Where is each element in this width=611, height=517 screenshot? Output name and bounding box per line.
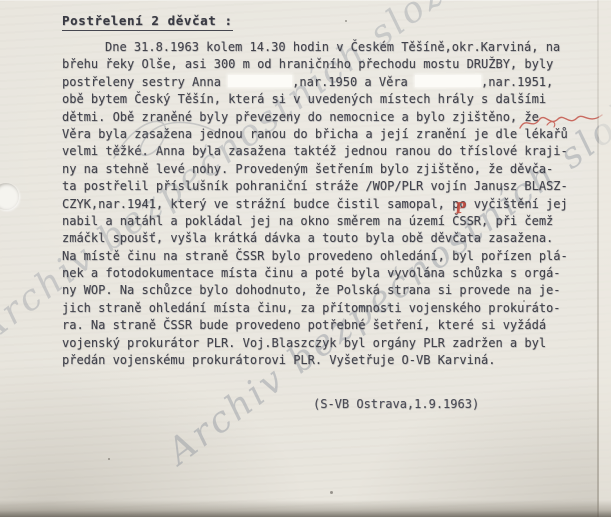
dust-speck	[108, 458, 110, 460]
document-body: Dne 31.8.1963 kolem 14.30 hodin v Českém…	[62, 39, 582, 369]
page-edge	[599, 0, 611, 517]
redaction-box	[228, 75, 292, 87]
body-line: CZYK,nar.1941, který ve strážní budce či…	[62, 196, 582, 213]
red-correction-mark: P	[454, 198, 467, 217]
dust-speck	[345, 20, 347, 22]
body-text: ,nar.1951,	[481, 75, 553, 89]
redacted-line: postřeleny sestry Anna ,nar.1950 a Věra …	[62, 74, 582, 91]
body-line: Na místě činu na straně ČSSR bylo proved…	[62, 248, 582, 265]
date-stamp: (S-VB Ostrava,1.9.1963)	[313, 397, 479, 411]
dust-speck	[330, 491, 333, 494]
page-edge-crease	[597, 0, 599, 517]
scan-edge-shadow	[0, 500, 611, 517]
body-line: zmáčkl spoušť, vyšla krátká dávka a tout…	[62, 230, 582, 247]
punch-hole	[0, 183, 19, 210]
body-line: ny WOP. Na schůzce bylo dohodnuto, že Po…	[62, 282, 582, 299]
body-line: jich straně ohledání místa činu, za přít…	[62, 300, 582, 317]
pencil-scribble	[108, 110, 223, 168]
body-line: ra. Na straně ČSSR bude provedeno potřeb…	[62, 317, 582, 334]
dust-speck	[523, 300, 525, 302]
body-text: postřeleny sestry Anna	[62, 75, 228, 89]
body-line: předán vojenskému prokurátorovi PLR. Vyš…	[62, 352, 582, 369]
body-text: ,nar.1950 a Věra	[292, 75, 415, 89]
body-line: Dne 31.8.1963 kolem 14.30 hodin v Českém…	[62, 39, 582, 56]
red-scribble-annotation	[517, 109, 605, 135]
scanned-document-page: Archiv bezpečnostních složek Archiv bezp…	[0, 0, 611, 517]
body-line: nabil a natáhl a pokládal jej na okno sm…	[62, 213, 582, 230]
body-line: břehu řeky Olše, asi 300 m od hraničního…	[62, 56, 582, 73]
body-line: obě bytem Český Těšín, která si v uveden…	[62, 91, 582, 108]
body-line: ta postřelil příslušník pohraniční stráž…	[62, 178, 582, 195]
body-line: nek a fotodokumentace místa činu a poté …	[62, 265, 582, 282]
redaction-box	[415, 75, 481, 87]
page-title: Postřelení 2 děvčat :	[62, 13, 233, 31]
body-line: vojenský prokurátor PLR. Voj.Blaszczyk b…	[62, 335, 582, 352]
